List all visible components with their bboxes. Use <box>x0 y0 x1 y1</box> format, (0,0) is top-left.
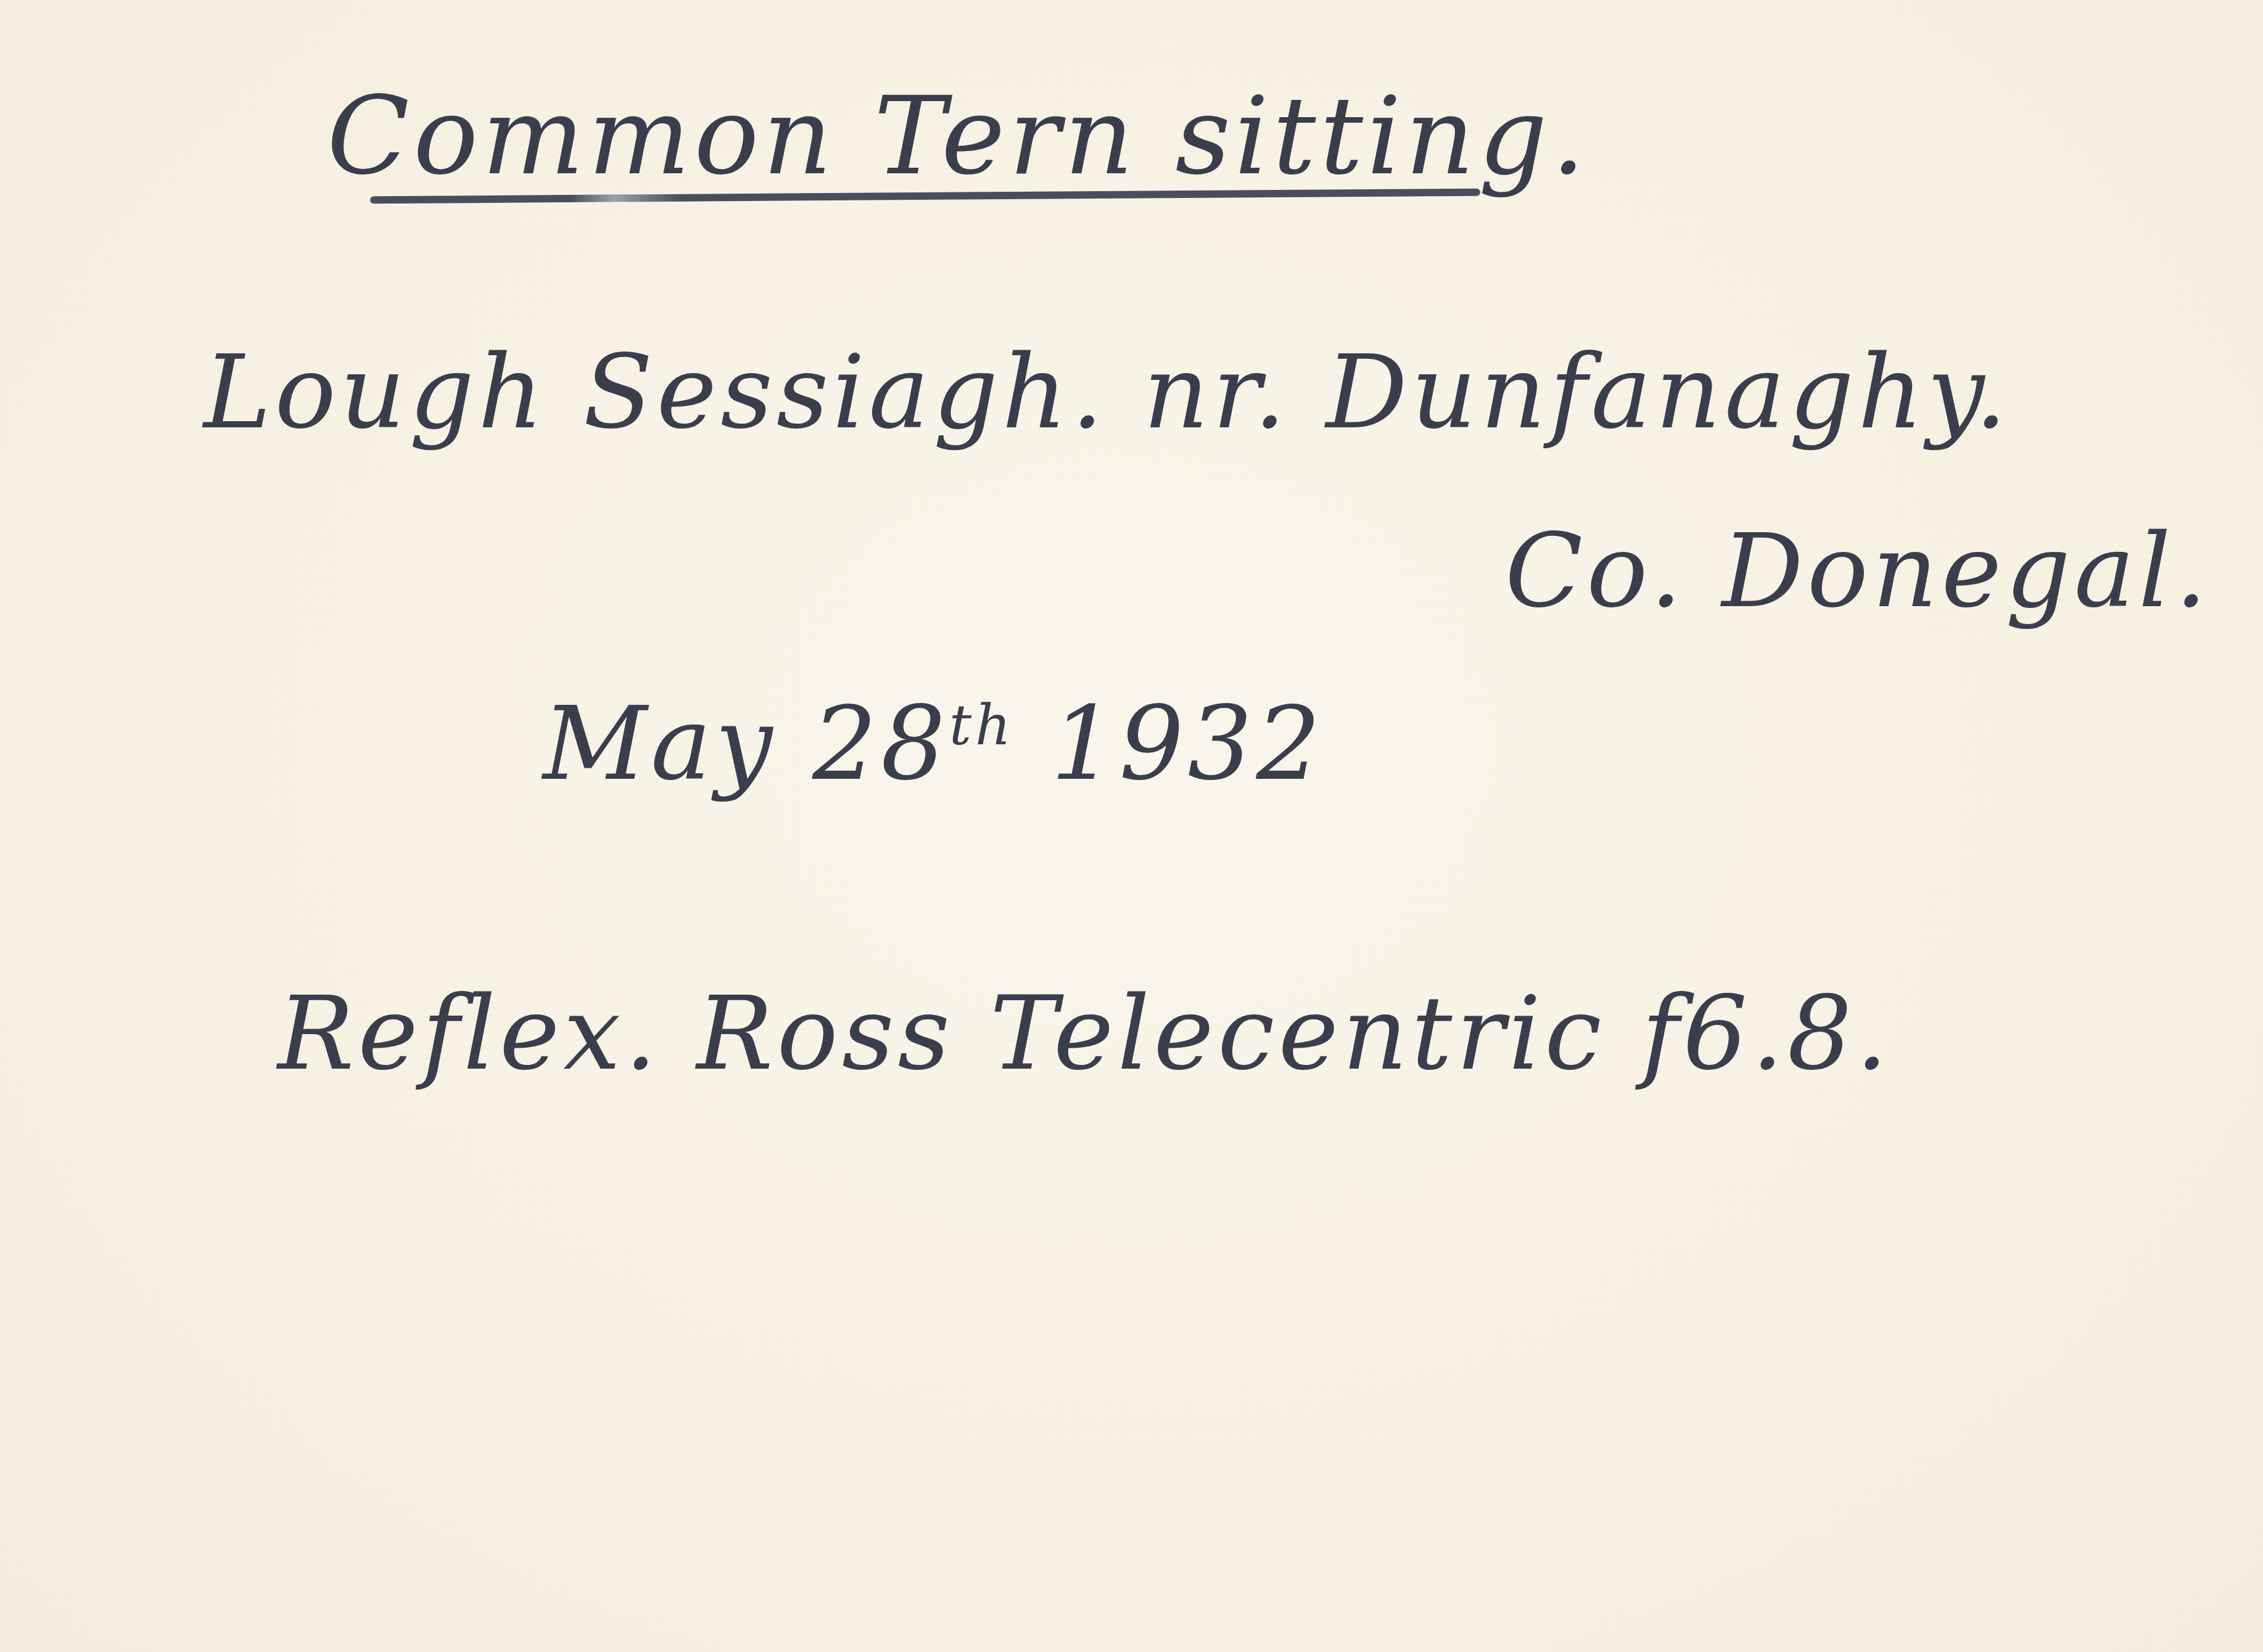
date-suffix: th <box>949 693 1015 758</box>
location-line-2: Co. Donegal. <box>1505 512 2211 630</box>
location-line-1: Lough Sessiagh. nr. Dunfanaghy. <box>204 333 2011 451</box>
date-line: May 28th 1932 <box>543 684 1324 803</box>
card-title: Common Tern sitting. <box>327 74 1589 199</box>
handwritten-card: Common Tern sitting. Lough Sessiagh. nr.… <box>0 0 2263 1652</box>
date-year: 1932 <box>1015 684 1324 803</box>
camera-line: Reflex. Ross Telecentric f6.8. <box>278 974 1892 1093</box>
date-day: May 28 <box>543 684 949 803</box>
